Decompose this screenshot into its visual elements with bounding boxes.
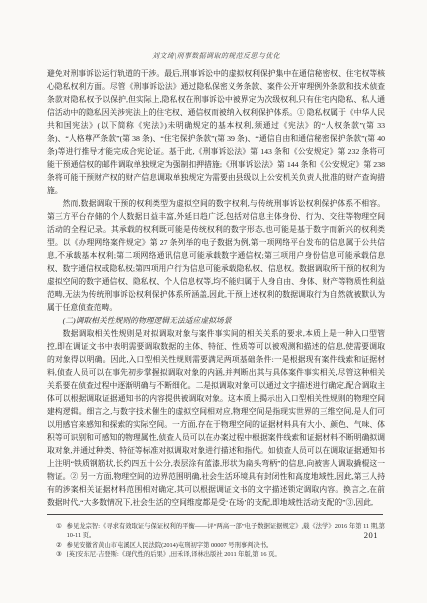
paragraph: 然而,数据调取干预的权利类型为虚拟空间的数字权利,与传统刑事诉讼权利保护体系不相…	[47, 197, 385, 314]
footnote-marker: ②	[56, 541, 62, 550]
footnote: ③ [英]安东尼·吉登斯:《现代性的后果》,田禾译,译林出版社 2011 年版,…	[56, 550, 385, 559]
paragraph: 数据调取相关性规则是对拟调取对象与案件事实间的相关关系的要求,本质上是一种入口型…	[47, 327, 385, 509]
running-head: 刘文琦|刑事数据调取的规范反思与优化	[47, 52, 385, 61]
running-head-text: 刘文琦|刑事数据调取的规范反思与优化	[152, 52, 280, 60]
footnote-text: 参见安徽省黄山市屯溪区人民法院(2014)屯刑初字第 00007 号刑事判决书。	[67, 541, 385, 550]
footnote-marker: ③	[56, 550, 62, 559]
footnote: ① 参见龙宗智:《寻求有效取证与保证权利的平衡——评“两高一部”电子数据证据规定…	[56, 522, 385, 541]
page-number: 201	[364, 530, 378, 540]
paragraph-continuation: 避免对刑事诉讼运行轨道的干涉。最后,刑事诉讼中的虚拟权利保护集中在通信秘密权、住…	[47, 67, 385, 197]
footnote-marker: ①	[56, 522, 62, 541]
footnotes-block: ① 参见龙宗智:《寻求有效取证与保证权利的平衡——评“两高一部”电子数据证据规定…	[47, 522, 385, 559]
footnote-separator	[47, 514, 383, 515]
footnote-text: 参见龙宗智:《寻求有效取证与保证权利的平衡——评“两高一部”电子数据证据规定》,…	[67, 522, 385, 541]
footnote: ② 参见安徽省黄山市屯溪区人民法院(2014)屯刑初字第 00007 号刑事判决…	[56, 541, 385, 550]
section-subheading: (二)调取相关性规则的物理逻辑无法适应虚拟场景	[47, 314, 385, 327]
footnote-text: [英]安东尼·吉登斯:《现代性的后果》,田禾译,译林出版社 2011 年版,第 …	[67, 550, 385, 559]
journal-page: 刘文琦|刑事数据调取的规范反思与优化 避免对刑事诉讼运行轨道的干涉。最后,刑事诉…	[0, 0, 427, 603]
article-body: 避免对刑事诉讼运行轨道的干涉。最后,刑事诉讼中的虚拟权利保护集中在通信秘密权、住…	[47, 67, 385, 509]
